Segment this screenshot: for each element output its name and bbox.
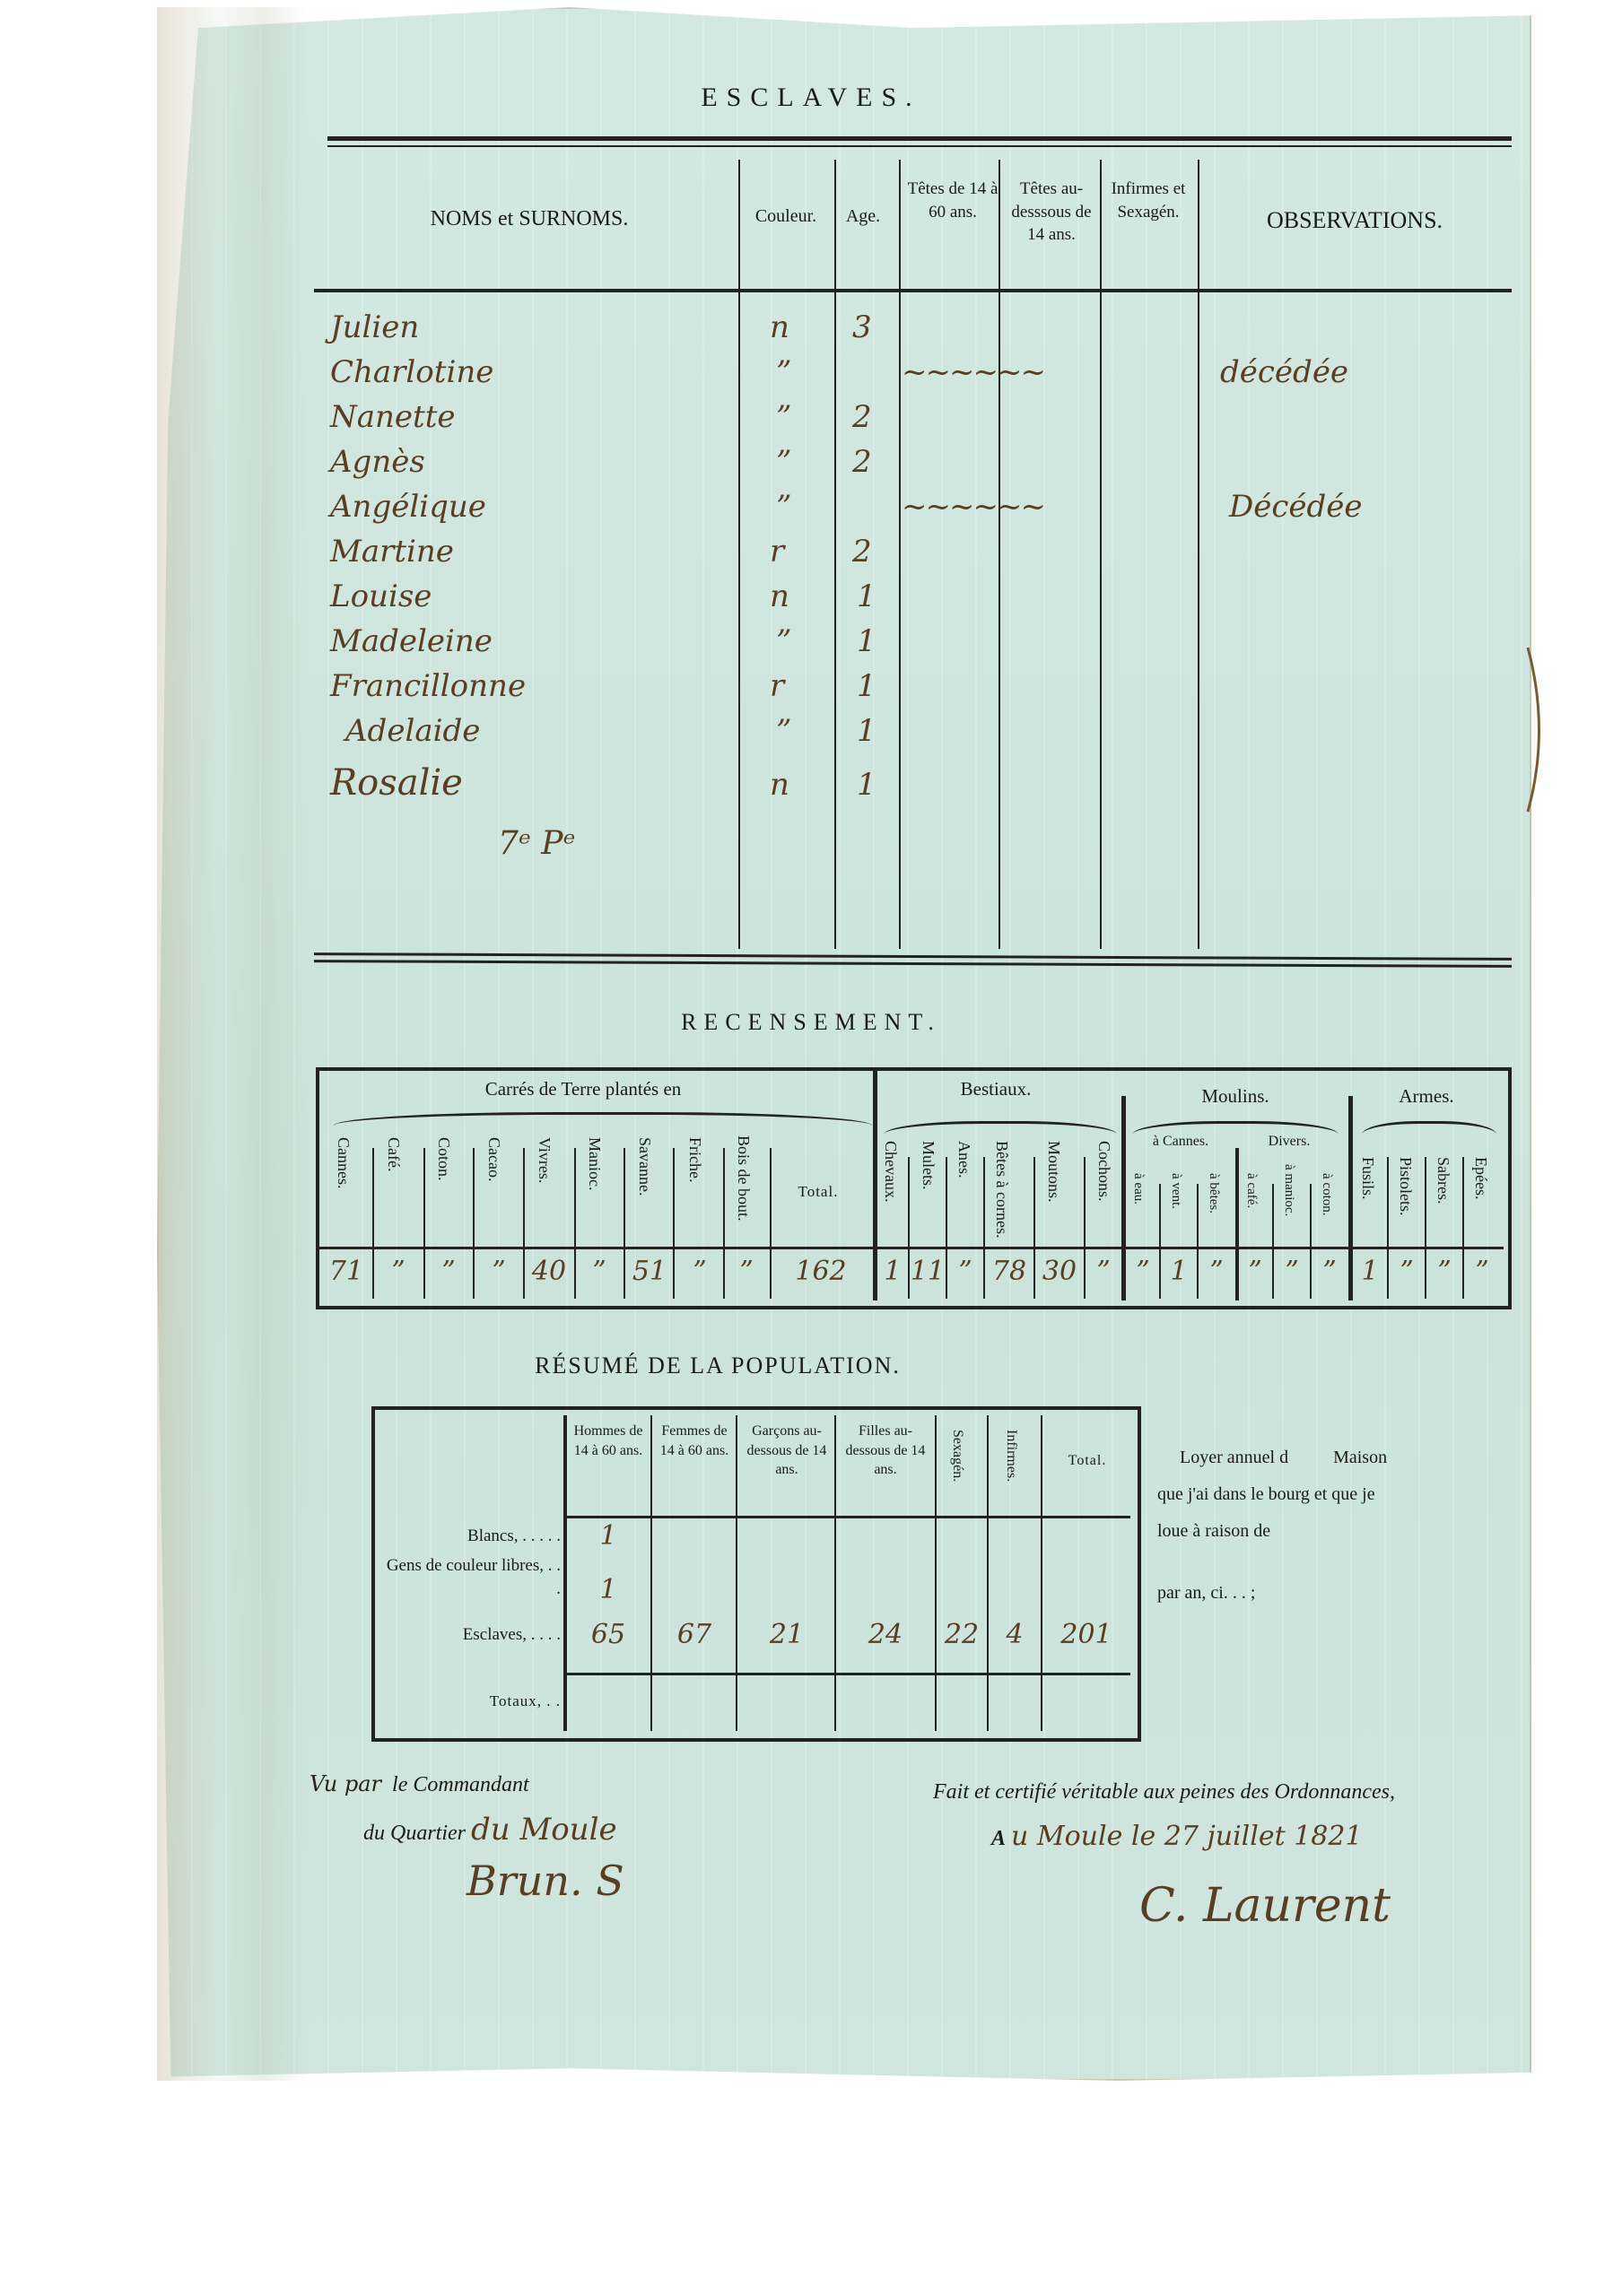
col-noms: NOMS et SURNOMS. (336, 204, 722, 233)
resume-col-hommes: Hommes de 14 à 60 ans. (567, 1422, 650, 1460)
slave-couleur: n (770, 767, 789, 803)
recensement-value: ” (1199, 1256, 1234, 1287)
slave-name: Francillonne (330, 668, 526, 704)
loyer-line: que j'ai dans le bourg et que je (1157, 1476, 1516, 1513)
vu-par-line: Vu par le Commandant (310, 1771, 529, 1797)
loyer-line: par an, ci. . . ; (1157, 1575, 1516, 1612)
col-tetes-au-dessous: Têtes au-desssous de 14 ans. (1003, 178, 1100, 247)
resume-col-sexagen: Sexagén. (949, 1430, 965, 1482)
col-label: Savanne. (635, 1137, 654, 1196)
slave-couleur: n (770, 309, 789, 345)
resume-col-infirmes: Infirmes. (1003, 1430, 1019, 1482)
recensement-value: ” (1464, 1256, 1500, 1287)
resume-title: RÉSUMÉ DE LA POPULATION. (467, 1350, 969, 1381)
slave-observation: décédée (1220, 354, 1348, 390)
col-divider (650, 1415, 652, 1731)
col-label: Bois de bout. (734, 1135, 753, 1222)
group-divers: Divers. (1240, 1132, 1339, 1152)
col-label: Pistolets. (1396, 1157, 1415, 1216)
slave-name: Nanette (330, 399, 456, 435)
row-label-blancs: Blancs, . . . . . (381, 1525, 561, 1548)
slave-couleur: ” (776, 623, 791, 659)
recensement-value: 71 (321, 1256, 371, 1287)
col-divider (987, 1415, 989, 1731)
resume-value: 1 (567, 1574, 650, 1605)
recensement-value: ” (723, 1256, 770, 1287)
loyer-line: Loyer annuel d Maison (1157, 1439, 1516, 1476)
resume-value: 4 (989, 1619, 1041, 1650)
col-label: Coton. (434, 1137, 453, 1181)
recensement-value: ” (1312, 1256, 1347, 1287)
certifie-line: Fait et certifié véritable aux peines de… (933, 1780, 1395, 1805)
col-divider (1198, 160, 1199, 949)
col-divider (1100, 160, 1102, 949)
resume-col-filles: Filles au-dessous de 14 ans. (838, 1422, 933, 1480)
group-armes: Armes. (1350, 1083, 1503, 1109)
col-label: à café. (1243, 1173, 1259, 1208)
col-divider (563, 1415, 567, 1731)
header-bottom-rule (314, 289, 1512, 292)
col-divider (738, 160, 740, 949)
recensement-title: RECENSEMENT. (0, 1009, 1622, 1036)
col-label: Mulets. (919, 1141, 937, 1190)
slave-name: Agnès (330, 444, 425, 480)
col-label: Friche. (685, 1137, 704, 1182)
resume-totals-rule (567, 1673, 1130, 1675)
slave-age: 2 (852, 534, 872, 570)
col-label: à eau. (1130, 1173, 1146, 1205)
slave-name: Charlotine (330, 354, 493, 390)
quartier-line: du Quartier du Moule (363, 1812, 617, 1848)
slave-name: Angélique (330, 489, 486, 525)
commandant-label: le Commandant (392, 1773, 529, 1796)
recensement-value: ” (1086, 1256, 1121, 1287)
slave-name: Madeleine (330, 623, 493, 659)
slave-tetes-dash: ~~~~~~ (902, 489, 1135, 525)
slave-name: Julien (330, 309, 419, 345)
recensement-value: ” (1274, 1256, 1310, 1287)
resume-value: 1 (567, 1520, 650, 1552)
slave-couleur: ” (776, 489, 791, 525)
col-divider (1041, 1415, 1042, 1731)
paraphe-mark: 7ᵉ Pᵉ (498, 825, 575, 862)
resume-value: 21 (739, 1619, 834, 1650)
col-divider (736, 1415, 737, 1731)
col-age: Age. (836, 204, 890, 229)
slave-couleur: ” (776, 444, 791, 480)
col-label: Fusils. (1358, 1157, 1377, 1200)
col-divider (998, 160, 1000, 949)
col-label: Anes. (955, 1141, 973, 1178)
resume-header-rule (567, 1516, 1130, 1518)
resume-col-femmes: Femmes de 14 à 60 ans. (653, 1422, 736, 1460)
group-divider (1121, 1096, 1126, 1300)
resume-value-total: 201 (1042, 1619, 1130, 1650)
group-a-cannes: à Cannes. (1127, 1132, 1234, 1152)
recensement-value: ” (1238, 1256, 1272, 1287)
slave-age: 2 (852, 444, 872, 480)
loyer-block: Loyer annuel d Maison que j'ai dans le b… (1157, 1439, 1516, 1612)
recensement-value: ” (1426, 1256, 1462, 1287)
slave-age: 1 (857, 578, 876, 614)
col-label: Cochons. (1094, 1141, 1113, 1202)
slave-name: Martine (330, 534, 454, 570)
col-label: Bêtes à cornes. (992, 1141, 1011, 1238)
row-label-gens-de-couleur: Gens de couleur libres, . . . (381, 1554, 561, 1600)
col-label: Cannes. (334, 1137, 353, 1189)
lieu-prefix: A (991, 1827, 1006, 1850)
recensement-value: ” (1127, 1256, 1159, 1287)
row-label-totaux: Totaux, . . (381, 1692, 561, 1712)
resume-value: 24 (838, 1619, 933, 1650)
lieu-date: u Moule le 27 juillet 1821 (1011, 1821, 1363, 1852)
slave-tetes-dash: ~~~~~~ (902, 354, 1135, 390)
col-label: Sabres. (1434, 1157, 1452, 1205)
lieu-date-line: A u Moule le 27 juillet 1821 (991, 1821, 1363, 1852)
col-observations: OBSERVATIONS. (1202, 204, 1507, 236)
slave-name: Adelaide (345, 713, 480, 749)
slave-age: 1 (857, 713, 876, 749)
quartier-label: du Quartier (363, 1822, 466, 1845)
recensement-value: 40 (524, 1256, 574, 1287)
slave-age: 3 (852, 309, 872, 345)
resume-value: 65 (567, 1619, 650, 1650)
col-infirmes: Infirmes et Sexagén. (1103, 178, 1193, 223)
col-label-total: Total. (773, 1182, 863, 1203)
recensement-value: 1 (1353, 1256, 1387, 1287)
slave-couleur: ” (776, 399, 791, 435)
vu-par: Vu par (310, 1771, 381, 1796)
col-couleur: Couleur. (741, 204, 831, 229)
slave-age: 2 (852, 399, 872, 435)
col-tetes-14-60: Têtes de 14 à 60 ans. (904, 178, 1001, 223)
slave-name: Louise (330, 578, 432, 614)
col-label: Café. (384, 1137, 403, 1171)
slave-couleur: r (770, 534, 784, 570)
slave-age: 1 (857, 767, 876, 803)
header-rule (327, 136, 1512, 141)
col-label: Vivres. (535, 1137, 554, 1183)
recensement-header-rule (319, 1247, 1504, 1249)
recensement-value: ” (373, 1256, 423, 1287)
esclaves-title: ESCLAVES. (0, 83, 1622, 113)
commandant-signature: Brun. S (467, 1857, 624, 1905)
col-divider (834, 160, 836, 949)
recensement-value: ” (1389, 1256, 1425, 1287)
resume-col-garcons: Garçons au-dessous de 14 ans. (739, 1422, 834, 1480)
slave-couleur: n (770, 578, 789, 614)
slave-age: 1 (857, 623, 876, 659)
slave-couleur: ” (776, 354, 791, 390)
group-bestiaux: Bestiaux. (875, 1076, 1117, 1101)
recensement-value: ” (675, 1256, 725, 1287)
recensement-value: ” (474, 1256, 524, 1287)
resume-value: 67 (653, 1619, 736, 1650)
author-signature: C. Laurent (1139, 1879, 1391, 1933)
resume-col-total: Total. (1044, 1451, 1130, 1471)
slave-name: Rosalie (330, 762, 463, 804)
slave-couleur: r (770, 668, 784, 704)
row-label-esclaves: Esclaves, . . . . (381, 1623, 561, 1647)
col-label: Cacao. (484, 1137, 503, 1181)
recensement-value: 78 (985, 1256, 1033, 1287)
recensement-total-value: 162 (772, 1256, 870, 1287)
binding-string-icon (1525, 646, 1552, 816)
loyer-line: loue à raison de (1157, 1513, 1516, 1550)
col-label: Manioc. (585, 1137, 604, 1190)
recensement-value: 11 (910, 1256, 946, 1287)
col-label: à coton. (1319, 1173, 1334, 1215)
recensement-value: 30 (1035, 1256, 1084, 1287)
col-label: à vent. (1168, 1173, 1183, 1209)
header-rule-thin (327, 145, 1512, 147)
col-divider (834, 1415, 836, 1731)
recensement-value: 1 (877, 1256, 908, 1287)
quartier-name: du Moule (471, 1812, 617, 1848)
col-label: Moutons. (1044, 1141, 1063, 1203)
recensement-value: 51 (624, 1256, 675, 1287)
col-label: Chevaux. (881, 1141, 900, 1202)
col-label: à manioc. (1281, 1164, 1296, 1216)
col-label: à bêtes. (1206, 1173, 1221, 1213)
recensement-value: ” (947, 1256, 983, 1287)
col-divider (935, 1415, 937, 1731)
slave-age: 1 (857, 668, 876, 704)
recensement-value: ” (423, 1256, 474, 1287)
slave-observation: Décédée (1229, 489, 1363, 525)
col-label: Epées. (1471, 1157, 1490, 1199)
col-divider (899, 160, 901, 949)
group-terre: Carrés de Terre plantés en (359, 1076, 807, 1101)
recensement-value: 1 (1161, 1256, 1197, 1287)
slave-couleur: ” (776, 713, 791, 749)
recensement-value: ” (574, 1256, 624, 1287)
resume-value: 22 (937, 1619, 987, 1650)
group-moulins: Moulins. (1123, 1083, 1347, 1109)
